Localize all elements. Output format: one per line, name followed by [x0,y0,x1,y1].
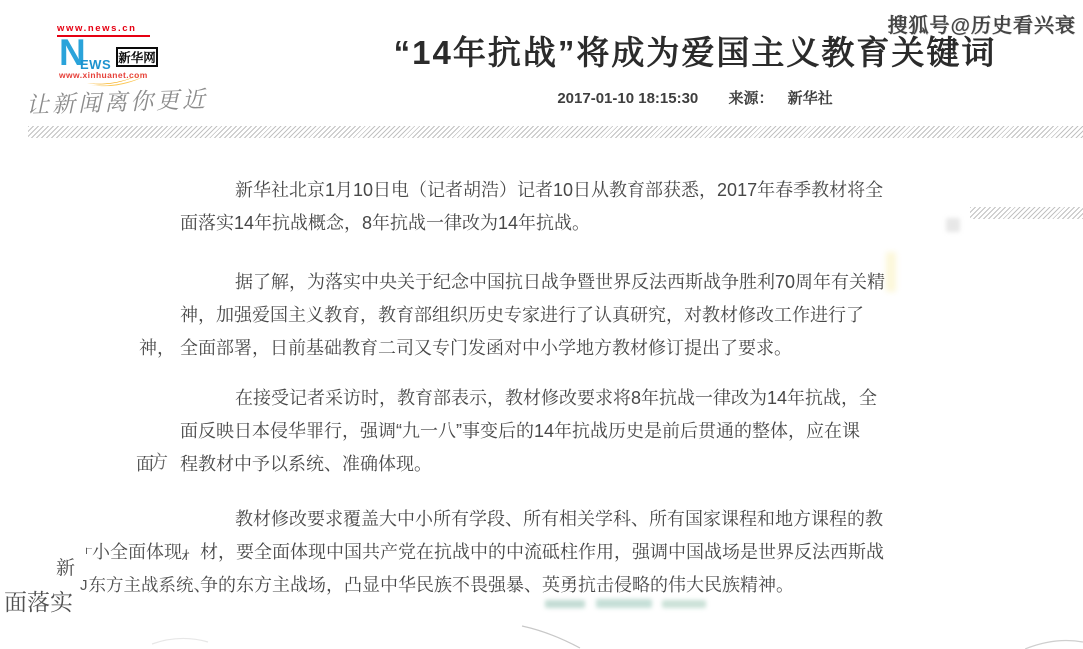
teal-smudge [662,600,706,608]
hatched-divider-top [28,126,1083,138]
hatched-divider-right [970,207,1083,219]
teal-smudge [545,600,585,608]
stray-text-shen: 神， [139,332,175,365]
faint-curve [520,622,600,649]
article-line: 面反映日本侵华罪行，强调“九一八”事变后的14年抗战历史是前后贯通的整体，应在课 [180,415,890,448]
article-line: 新华社北京1月10日电（记者胡浩）记者10日从教育部获悉，2017年春季教材将全 [180,174,890,207]
article-line: 神，加强爱国主义教育，教育部组织历史专家进行了认真研究，对教材修改工作进行了 [180,299,890,332]
stray-text-dongfang: J东方主战系统、 [80,569,211,602]
article-line: 在接受记者采访时，教育部表示，教材修改要求将8年抗战一律改为14年抗战，全 [180,382,890,415]
clipped-glyph: 材 [182,542,191,560]
article-paragraph: 新华社北京1月10日电（记者胡浩）记者10日从教育部获悉，2017年春季教材将全… [180,174,890,240]
logo-swoosh-icon [85,65,159,87]
news-article-page: www.news.cn N EWS 新华网 www.xinhuanet.com … [0,0,1083,649]
article-line: 教材修改要求覆盖大中小所有学段、所有相关学科、所有国家课程和地方课程的教 [180,503,890,536]
stray-text-xin: 新 [56,552,75,585]
article-line: 全面部署，日前基础教育二司又专门发函对中小学地方教材修订提出了要求。 [180,332,890,365]
article-line: 程教材中予以系统、准确体现。 [180,448,890,481]
article-line: 据了解，为落实中央关于纪念中国抗日战争暨世界反法西斯战争胜利70周年有关精 [180,266,890,299]
article-paragraph: 在接受记者采访时，教育部表示，教材修改要求将8年抗战一律改为14年抗战，全面反映… [180,382,890,481]
source-label: 来源： [728,90,773,107]
article-title: “14年抗战”将成为爱国主义教育关键词 [330,27,1060,74]
logo-brand-box: 新华网 [116,47,158,67]
xinhuanet-logo[interactable]: www.news.cn N EWS 新华网 www.xinhuanet.com [57,23,167,81]
article-body: 新华社北京1月10日电（记者胡浩）记者10日从教育部获悉，2017年春季教材将全… [180,174,890,602]
faint-curve [150,630,210,648]
yellow-smudge [886,252,896,292]
stray-text-fang: 方 [150,446,168,479]
stray-text-mianluoshi: 面落实 [4,586,73,619]
article-line: 材，要全面体现中国共产党在抗战中的中流砥柱作用，强调中国战场是世界反法西斯战 [200,536,890,569]
source-value: 新华社 [788,90,833,107]
clipped-glyph: 口 [84,536,92,554]
clipped-glyph: J [80,577,88,594]
logo-main: N EWS 新华网 [57,37,167,71]
publish-time: 2017-01-10 18:15:30 [557,90,698,107]
article-line: 争的东方主战场，凸显中华民族不畏强暴、英勇抗击侵略的伟大民族精神。 [200,569,890,602]
stray-text-quanmiantixian: 口小全面体现材 [84,536,191,569]
article-line: 面落实14年抗战概念，8年抗战一律改为14年抗战。 [180,207,890,240]
article-paragraph: 据了解，为落实中央关于纪念中国抗日战争暨世界反法西斯战争胜利70周年有关精神，加… [180,266,890,365]
article-dateline: 2017-01-10 18:15:30 来源： 新华社 [330,87,1060,108]
gray-smudge [946,218,960,232]
faint-curve [1025,635,1083,649]
article-paragraph: 教材修改要求覆盖大中小所有学段、所有相关学科、所有国家课程和地方课程的教材，要全… [180,503,890,602]
teal-smudge [596,599,652,608]
